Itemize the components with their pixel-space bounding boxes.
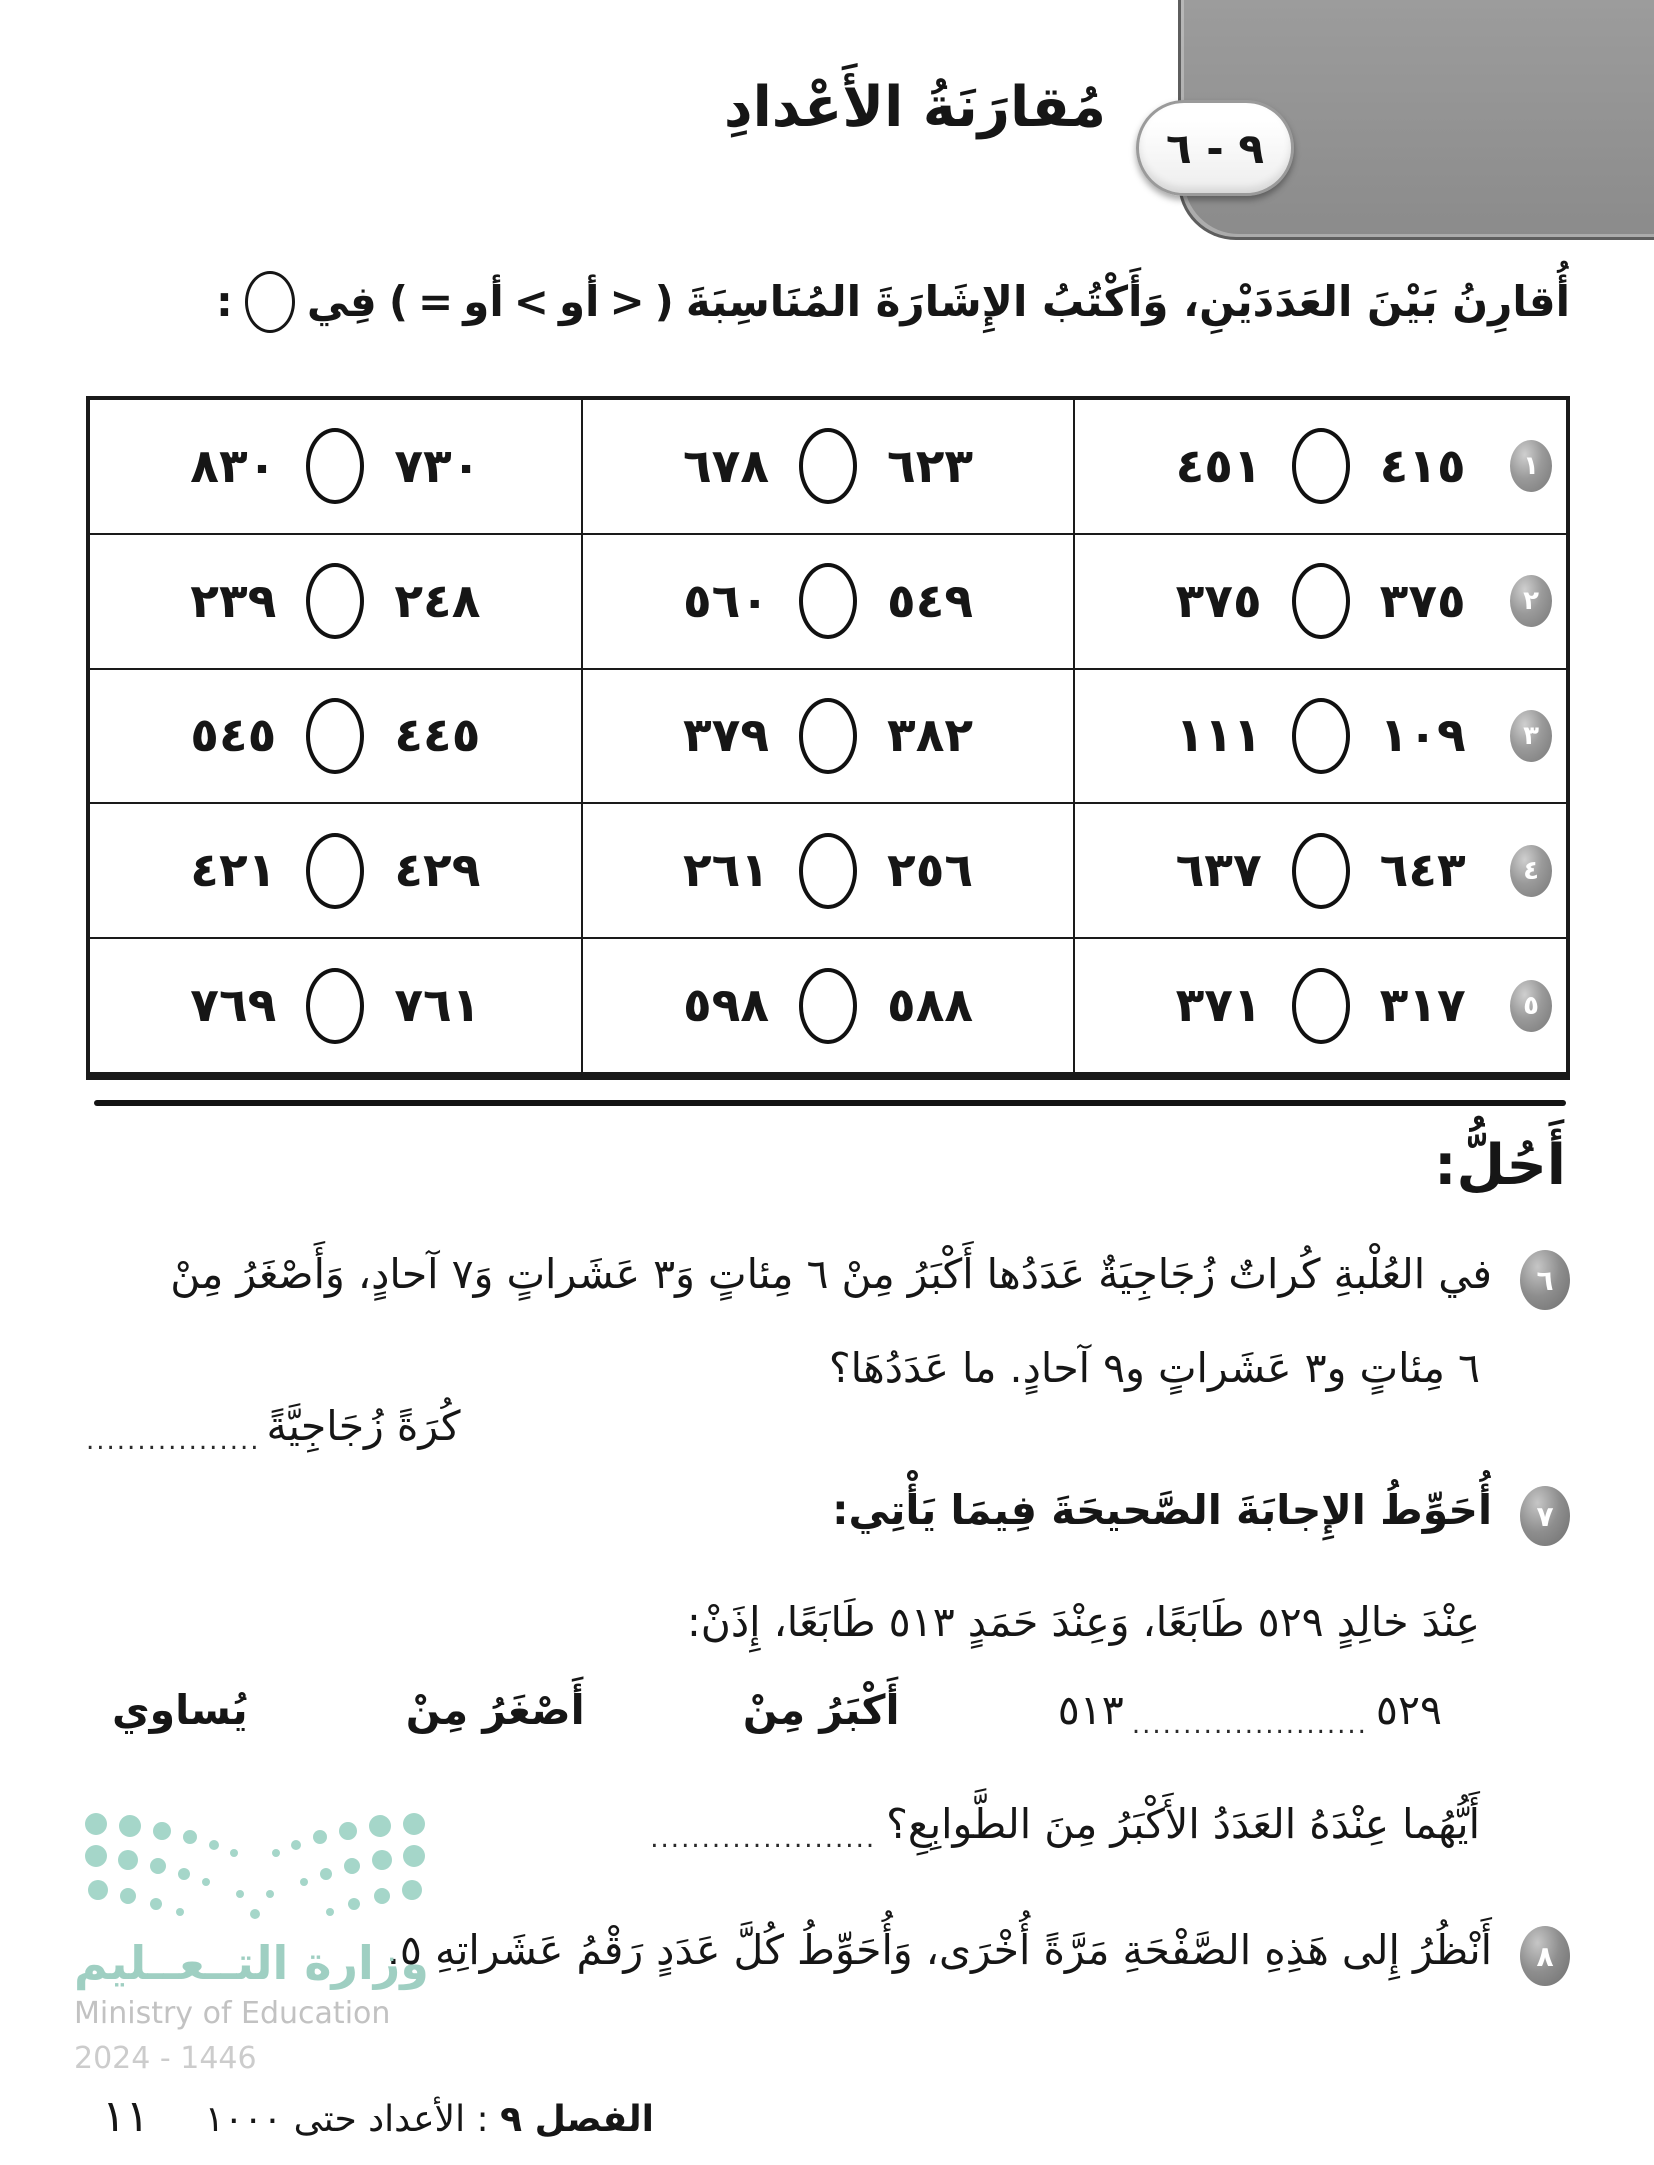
table-cell: ٦٢٣ ٦٧٨: [582, 399, 1075, 534]
left-number: ٢٦١: [683, 843, 769, 898]
question-7: ٧ أُحَوِّطُ الإِجابَةَ الصَّحيحَةَ فِيمَ…: [832, 1472, 1570, 1550]
table-cell: ٣ ١٠٩ ١١١: [1074, 669, 1567, 804]
number-right: ٥٢٩: [1376, 1672, 1442, 1750]
question-7-statement: عِنْدَ خالِدٍ ٥٢٩ طَابَعًا، وَعِنْدَ حَم…: [687, 1584, 1480, 1662]
table-cell: ٣٨٢ ٣٧٩: [582, 669, 1075, 804]
left-number: ١١١: [1176, 708, 1262, 763]
less-than-symbol: <: [514, 262, 549, 342]
table-cell: ٤ ٦٤٣ ٦٣٧: [1074, 803, 1567, 938]
option-greater-than[interactable]: أَكْبَرُ مِنْ: [743, 1672, 900, 1750]
left-number: ٨٣٠: [190, 439, 276, 494]
answer-circle[interactable]: [1292, 698, 1350, 774]
relation-blank[interactable]: .......................: [1132, 1701, 1368, 1750]
row-number-badge: ٥: [1510, 980, 1552, 1032]
table-cell: ٤٢٩ ٤٢١: [89, 803, 582, 938]
followup-text: أَيُّهُما عِنْدَهُ العَدَدُ الأَكْبَرُ م…: [886, 1786, 1480, 1864]
left-number: ٥٦٠: [683, 574, 769, 629]
question-6: ٦ في العُلْبةِ كُراتٌ زُجَاجِيَةٌ عَدَدُ…: [170, 1236, 1570, 1314]
answer-circle[interactable]: [306, 698, 364, 774]
answer-circle[interactable]: [306, 428, 364, 504]
row-number-badge: ٢: [1510, 575, 1552, 627]
right-number: ٥٨٨: [887, 978, 973, 1033]
or-word: أو: [463, 262, 504, 342]
question-6-line2: ٦ مِئاتٍ و٣ عَشَراتٍ و٩ آحادٍ. ما عَدَدُ…: [829, 1330, 1480, 1408]
left-number: ٦٣٧: [1176, 843, 1262, 898]
comparison-blank-group: ٥٢٩ ....................... ٥١٣: [1058, 1672, 1442, 1750]
chapter-number: الفصل ٩: [500, 2099, 654, 2140]
table-cell: ٧٦١ ٧٦٩: [89, 938, 582, 1073]
followup-blank[interactable]: ......................: [650, 1815, 876, 1864]
left-number: ٣٧٩: [683, 708, 769, 763]
answer-circle[interactable]: [799, 968, 857, 1044]
question-7-options-row: ٥٢٩ ....................... ٥١٣ أَكْبَرُ…: [112, 1672, 1442, 1750]
answer-blank[interactable]: .................: [86, 1417, 261, 1466]
comparison-table: ١ ٤١٥ ٤٥١ ٦٢٣ ٦٧٨ ٧٣٠ ٨٣٠ ٢ ٣٧٥ ٣٧٥ ٥٤٩ …: [86, 396, 1570, 1080]
right-number: ٦٤٣: [1380, 843, 1466, 898]
left-number: ٣٧٥: [1176, 574, 1262, 629]
instruction-colon: :: [216, 262, 233, 342]
page-title: مُقارَنَةُ الأَعْدادِ: [724, 66, 1106, 150]
right-number: ٧٦١: [394, 978, 480, 1033]
right-number: ٤٢٩: [394, 843, 480, 898]
question-8: ٨ أَنْظُرُ إِلى هَذِهِ الصَّفْحَةِ مَرَّ…: [387, 1912, 1570, 1990]
answer-circle[interactable]: [306, 563, 364, 639]
question-8-text: أَنْظُرُ إِلى هَذِهِ الصَّفْحَةِ مَرَّةً…: [387, 1912, 1492, 1990]
answer-circle[interactable]: [1292, 968, 1350, 1044]
question-6-line1: في العُلْبةِ كُراتٌ زُجَاجِيَةٌ عَدَدُها…: [170, 1236, 1492, 1314]
answer-circle[interactable]: [799, 563, 857, 639]
ministry-logo: وزارة التــعــليم Ministry of Education …: [74, 1806, 504, 2076]
right-number: ٥٤٩: [887, 574, 973, 629]
instruction-line: أُقارِنُ بَيْنَ العَدَدَيْنِ، وَأَكْتُبُ…: [60, 262, 1570, 342]
question-7-badge: ٧: [1520, 1486, 1570, 1546]
ministry-name-english: Ministry of Education: [74, 1996, 504, 2031]
right-number: ٣٨٢: [887, 708, 973, 763]
row-number-badge: ٤: [1510, 845, 1552, 897]
right-number: ٣٧٥: [1380, 574, 1466, 629]
ministry-logo-pattern: [80, 1806, 430, 1924]
solve-heading: أَحُلُّ:: [1434, 1118, 1566, 1213]
chapter-label: الفصل ٩ : الأعداد حتى ١٠٠٠: [205, 2091, 654, 2149]
answer-label: كُرَةً زُجَاجِيَّةً: [267, 1388, 461, 1466]
question-6-answer-line: كُرَةً زُجَاجِيَّةً .................: [86, 1388, 461, 1466]
option-less-than[interactable]: أَصْغَرُ مِنْ: [406, 1672, 585, 1750]
paren-open: (: [655, 262, 674, 342]
left-number: ٥٤٥: [190, 708, 276, 763]
answer-circle[interactable]: [799, 428, 857, 504]
table-cell: ٢ ٣٧٥ ٣٧٥: [1074, 534, 1567, 669]
table-cell: ٥ ٣١٧ ٣٧١: [1074, 938, 1567, 1073]
left-number: ٤٥١: [1176, 439, 1262, 494]
answer-circle[interactable]: [799, 698, 857, 774]
right-number: ٢٥٦: [887, 843, 973, 898]
worksheet-page: ٩ - ٦ مُقارَنَةُ الأَعْدادِ أُقارِنُ بَي…: [0, 0, 1654, 2165]
instruction-text-end: فِي: [307, 262, 377, 342]
answer-circle[interactable]: [306, 968, 364, 1044]
right-number: ٣١٧: [1380, 978, 1466, 1033]
left-number: ٢٣٩: [190, 574, 276, 629]
lesson-number-badge: ٩ - ٦: [1136, 100, 1294, 196]
left-number: ٦٧٨: [683, 439, 769, 494]
left-number: ٧٦٩: [190, 978, 276, 1033]
comparison-symbols: ( > أو < أو = ): [389, 262, 674, 342]
answer-circle[interactable]: [1292, 563, 1350, 639]
answer-circle[interactable]: [1292, 428, 1350, 504]
paren-close: ): [389, 262, 408, 342]
right-number: ٤٤٥: [394, 708, 480, 763]
table-cell: ٥٤٩ ٥٦٠: [582, 534, 1075, 669]
table-cell: ٢٤٨ ٢٣٩: [89, 534, 582, 669]
row-number-badge: ٣: [1510, 710, 1552, 762]
question-7-followup: أَيُّهُما عِنْدَهُ العَدَدُ الأَكْبَرُ م…: [650, 1786, 1480, 1864]
answer-circle[interactable]: [799, 833, 857, 909]
answer-circle[interactable]: [1292, 833, 1350, 909]
example-answer-circle: [245, 271, 295, 333]
right-number: ١٠٩: [1380, 708, 1466, 763]
page-number: ١١: [102, 2082, 149, 2152]
ministry-name-arabic: وزارة التــعــليم: [74, 1934, 504, 1994]
or-word: أو: [559, 262, 600, 342]
section-divider: [94, 1100, 1566, 1106]
table-cell: ٤٤٥ ٥٤٥: [89, 669, 582, 804]
left-number: ٣٧١: [1176, 978, 1262, 1033]
ministry-years: 2024 - 1446: [74, 2041, 504, 2076]
question-8-badge: ٨: [1520, 1926, 1570, 1986]
number-left: ٥١٣: [1058, 1672, 1124, 1750]
row-number-badge: ١: [1510, 440, 1552, 492]
left-number: ٥٩٨: [683, 978, 769, 1033]
instruction-text: أُقارِنُ بَيْنَ العَدَدَيْنِ، وَأَكْتُبُ…: [686, 262, 1570, 342]
left-number: ٤٢١: [190, 843, 276, 898]
page-footer: الفصل ٩ : الأعداد حتى ١٠٠٠ ١١: [102, 2082, 654, 2152]
right-number: ٤١٥: [1380, 439, 1466, 494]
right-number: ٢٤٨: [394, 574, 480, 629]
table-cell: ٥٨٨ ٥٩٨: [582, 938, 1075, 1073]
chapter-title: : الأعداد حتى ١٠٠٠: [205, 2099, 489, 2140]
question-7-heading: أُحَوِّطُ الإِجابَةَ الصَّحيحَةَ فِيمَا …: [832, 1472, 1492, 1550]
lesson-number: ٩ - ٦: [1166, 124, 1264, 173]
question-6-badge: ٦: [1520, 1250, 1570, 1310]
option-equals[interactable]: يُساوي: [112, 1672, 248, 1750]
right-number: ٧٣٠: [394, 439, 480, 494]
greater-than-symbol: >: [609, 262, 644, 342]
answer-circle[interactable]: [306, 833, 364, 909]
right-number: ٦٢٣: [887, 439, 973, 494]
equals-symbol: =: [418, 262, 453, 342]
table-cell: ٧٣٠ ٨٣٠: [89, 399, 582, 534]
table-cell: ١ ٤١٥ ٤٥١: [1074, 399, 1567, 534]
table-cell: ٢٥٦ ٢٦١: [582, 803, 1075, 938]
